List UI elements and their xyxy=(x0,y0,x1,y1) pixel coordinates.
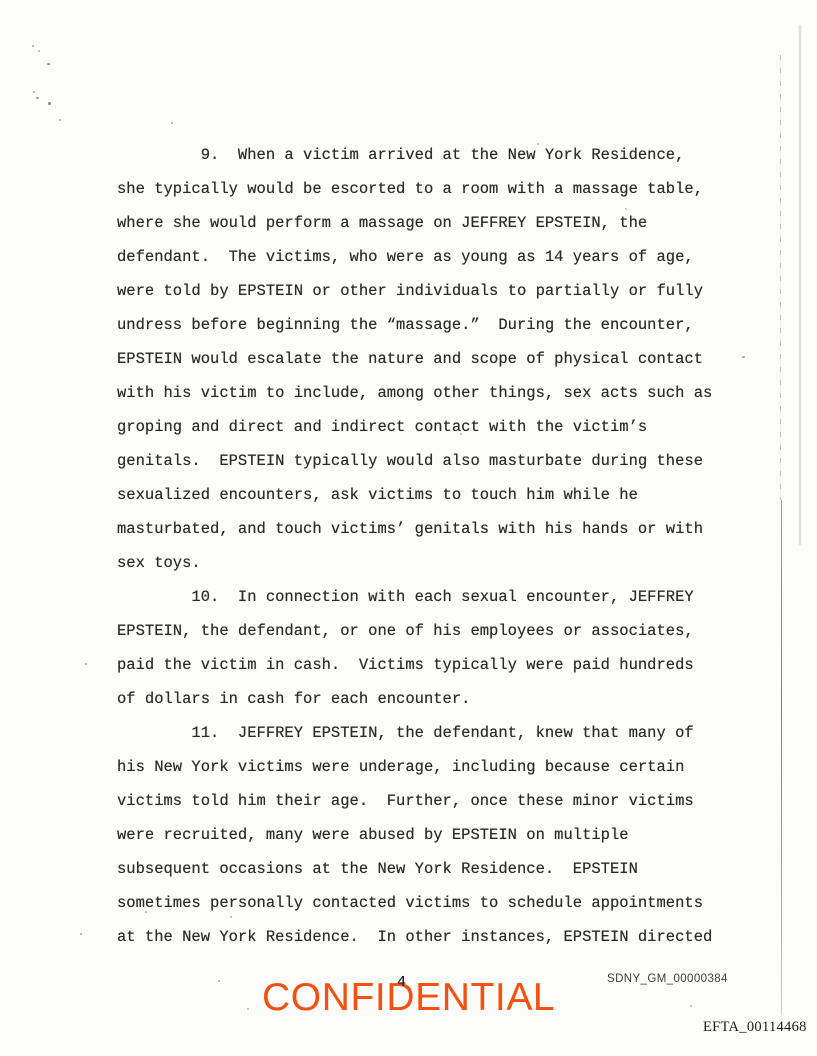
text-line: subsequent occasions at the New York Res… xyxy=(117,852,757,886)
text-line: sometimes personally contacted victims t… xyxy=(117,886,757,920)
text-line: where she would perform a massage on JEF… xyxy=(117,206,757,240)
scan-speck xyxy=(625,208,627,210)
scan-speck xyxy=(48,102,51,105)
document-body-text: 9. When a victim arrived at the New York… xyxy=(117,138,757,954)
text-line: genitals. EPSTEIN typically would also m… xyxy=(117,444,757,478)
text-line: 10. In connection with each sexual encou… xyxy=(117,580,757,614)
scan-speck xyxy=(537,143,539,145)
text-line: at the New York Residence. In other inst… xyxy=(117,920,757,954)
text-line: paid the victim in cash. Victims typical… xyxy=(117,648,757,682)
text-line: defendant. The victims, who were as youn… xyxy=(117,240,757,274)
scan-speck xyxy=(36,97,39,99)
text-line: were told by EPSTEIN or other individual… xyxy=(117,274,757,308)
text-line: sex toys. xyxy=(117,546,757,580)
scan-speck xyxy=(460,433,462,435)
bates-number: SDNY_GM_00000384 xyxy=(607,973,728,985)
scan-speck xyxy=(218,980,220,982)
scan-edge-line xyxy=(780,55,781,500)
scan-speck xyxy=(32,45,34,47)
scan-edge-line xyxy=(799,25,801,545)
text-line: masturbated, and touch victims’ genitals… xyxy=(117,512,757,546)
scan-speck xyxy=(145,911,147,913)
text-line: sexualized encounters, ask victims to to… xyxy=(117,478,757,512)
text-line: were recruited, many were abused by EPST… xyxy=(117,818,757,852)
scan-speck xyxy=(47,63,50,65)
scan-speck xyxy=(85,663,87,665)
control-number: EFTA_00114468 xyxy=(703,1019,807,1036)
text-line: victims told him their age. Further, onc… xyxy=(117,784,757,818)
scan-speck xyxy=(33,91,35,93)
text-line: 9. When a victim arrived at the New York… xyxy=(117,138,757,172)
text-line: with his victim to include, among other … xyxy=(117,376,757,410)
scan-speck xyxy=(690,1005,692,1007)
text-line: EPSTEIN, the defendant, or one of his em… xyxy=(117,614,757,648)
text-line: she typically would be escorted to a roo… xyxy=(117,172,757,206)
scan-speck xyxy=(742,356,745,358)
scan-speck xyxy=(247,1008,249,1010)
text-line: undress before beginning the “massage.” … xyxy=(117,308,757,342)
text-line: of dollars in cash for each encounter. xyxy=(117,682,757,716)
scan-speck xyxy=(80,933,82,935)
scan-edge-line xyxy=(781,500,782,1015)
page-number: 4 xyxy=(397,974,406,991)
text-line: 11. JEFFREY EPSTEIN, the defendant, knew… xyxy=(117,716,757,750)
text-line: EPSTEIN would escalate the nature and sc… xyxy=(117,342,757,376)
scan-speck xyxy=(38,50,40,52)
scanned-document-page: 9. When a victim arrived at the New York… xyxy=(0,0,817,1056)
confidential-stamp: CONFIDENTIAL xyxy=(262,976,555,1020)
text-line: groping and direct and indirect contact … xyxy=(117,410,757,444)
scan-speck xyxy=(171,122,173,124)
text-line: his New York victims were underage, incl… xyxy=(117,750,757,784)
scan-speck xyxy=(230,916,232,918)
scan-speck xyxy=(59,119,61,121)
